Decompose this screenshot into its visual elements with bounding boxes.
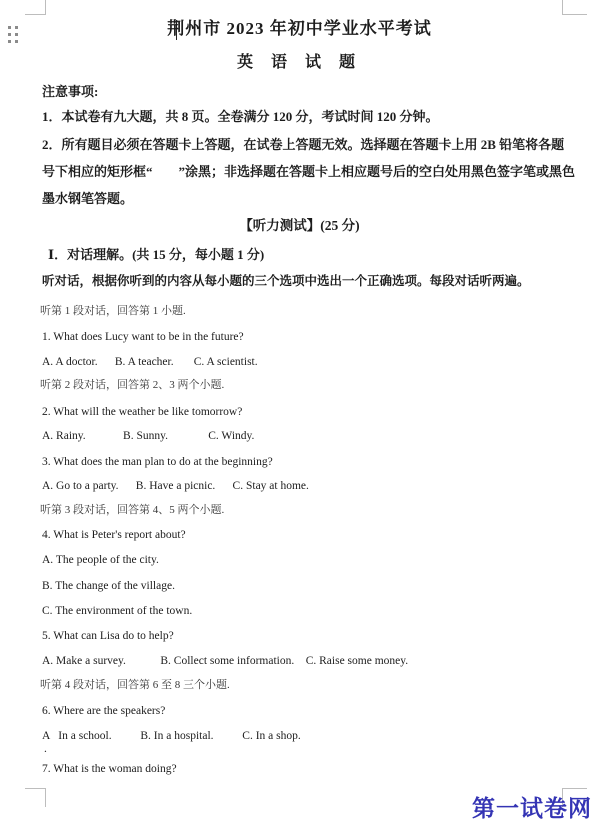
question-3-options: A. Go to a party. B. Have a picnic. C. S… (42, 479, 581, 493)
cue-line-4: 听第 4 段对话，回答第 6 至 8 三个小题. (40, 679, 581, 693)
exam-document-page: 荆州市 2023 年初中学业水平考试 英 语 试 题 注意事项: 1．本试卷有九… (0, 0, 599, 829)
question-5-options: A. Make a survey. B. Collect some inform… (42, 654, 581, 668)
cue-line-1: 听第 1 段对话，回答第 1 小题. (40, 305, 581, 319)
part1-instruction: 听对话，根据你听到的内容从每小题的三个选项中选出一个正确选项。每段对话听两遍。 (42, 274, 581, 290)
question-4: 4. What is Peter's report about? (42, 528, 581, 542)
question-4-option-c: C. The environment of the town. (42, 604, 581, 618)
question-4-option-b: B. The change of the village. (42, 579, 581, 593)
notice-item-2-cont: 号下相应的矩形框“ ”涂黑；非选择题在答题卡上相应题号后的空白处用黑色签字笔或黑… (42, 164, 581, 180)
question-2-options: A. Rainy. B. Sunny. C. Windy. (42, 429, 581, 443)
question-7: 7. What is the woman doing? (42, 762, 581, 776)
section-title-listening: 【听力测试】(25 分) (30, 218, 569, 235)
stray-period-mark: . (44, 742, 581, 756)
page-title: 荆州市 2023 年初中学业水平考试 (30, 18, 569, 39)
text-boundary-corner-bottom-left (25, 788, 46, 807)
question-4-option-a: A. The people of the city. (42, 553, 581, 567)
question-6: 6. Where are the speakers? (42, 704, 581, 718)
site-watermark: 第一试卷网 (472, 790, 592, 823)
cue-line-3: 听第 3 段对话，回答第 4、5 两个小题. (40, 504, 581, 518)
question-1-options: A. A doctor. B. A teacher. C. A scientis… (42, 355, 581, 369)
question-2: 2. What will the weather be like tomorro… (42, 405, 581, 419)
question-5: 5. What can Lisa do to help? (42, 629, 581, 643)
text-boundary-corner-top-left (25, 0, 46, 15)
notice-item-2: 2．所有题目必须在答题卡上答题，在试卷上答题无效。选择题在答题卡上用 2B 铅笔… (42, 137, 581, 153)
drag-handle-dot (8, 26, 11, 29)
text-boundary-corner-top-right (562, 0, 587, 15)
drag-handle-dot (8, 33, 11, 36)
notice-item-1: 1．本试卷有九大题，共 8 页。全卷满分 120 分，考试时间 120 分钟。 (42, 109, 581, 125)
question-3: 3. What does the man plan to do at the b… (42, 455, 581, 469)
drag-handle-dot (8, 40, 11, 43)
drag-handle-dot (15, 33, 18, 36)
notice-heading: 注意事项: (42, 84, 581, 100)
drag-handle-dot (15, 26, 18, 29)
drag-handle-dot (15, 40, 18, 43)
notice-item-2-end: 墨水钢笔答题。 (42, 191, 581, 207)
page-subtitle: 英 语 试 题 (30, 53, 569, 73)
part1-title: Ⅰ．对话理解。(共 15 分，每小题 1 分) (48, 247, 581, 263)
cue-line-2: 听第 2 段对话，回答第 2、3 两个小题. (40, 379, 581, 393)
drag-handle-icon[interactable] (8, 26, 18, 43)
question-1: 1. What does Lucy want to be in the futu… (42, 330, 581, 344)
